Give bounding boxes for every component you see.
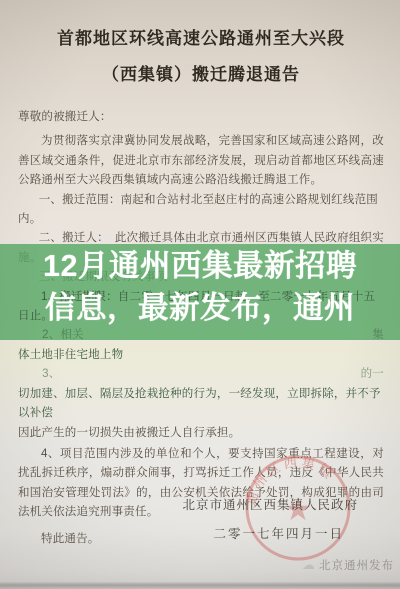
headline-line1: 12月通州西集最新招聘: [0, 246, 400, 288]
headline-line2: 信息，最新发布，通州: [0, 288, 400, 330]
cloud-logo-icon: ☁: [302, 557, 316, 573]
issuer-signature: 北京市通州区西集镇人民政府: [182, 495, 358, 513]
obscured-line-2-right: 集: [372, 326, 384, 345]
photo-bottom-edge: [0, 582, 400, 589]
watermark-label: 北京通州发布: [319, 557, 394, 573]
obscured-line-3b: 切加建、加层、隔层及抢栽抢种的行为，一经发现，立即拆除，并不予以补偿: [18, 385, 384, 424]
issue-date: 二零一七年四月一日: [213, 524, 344, 542]
notice-item-1: 一、搬迁范围：南起和合站村北至赵庄村的高速公路规划红线范围内。: [18, 191, 384, 230]
notice-title-line1: 首都地区环线高速公路通州至大兴段: [18, 27, 384, 51]
obscured-line-2b: 体土地非住宅地上物: [18, 346, 384, 365]
watermark: ☁ 北京通州发布: [302, 557, 394, 573]
obscured-line-2-left: 2、相关: [18, 326, 84, 345]
obscured-line-3: 3、 的一: [18, 365, 384, 384]
obscured-line-3-left: 3、: [18, 365, 60, 384]
document-photo: 首都地区环线高速公路通州至大兴段 （西集镇）搬迁腾退通告 尊敬的被搬迁人： 为贯…: [0, 0, 400, 589]
salutation: 尊敬的被搬迁人：: [18, 108, 384, 127]
headline-text: 12月通州西集最新招聘 信息，最新发布，通州: [0, 246, 400, 329]
obscured-line-3-right: 的一: [361, 365, 384, 384]
notice-title-line2: （西集镇）搬迁腾退通告: [18, 63, 384, 87]
continuation-line: 因此产生的一切损失由被搬迁人自行承担。: [18, 424, 384, 443]
obscured-line-2: 2、相关 集: [18, 326, 384, 345]
intro-paragraph: 为贯彻落实京津冀协同发展战略，完善国家和区域高速公路网，改善区域交通条件，促进北…: [18, 132, 384, 190]
